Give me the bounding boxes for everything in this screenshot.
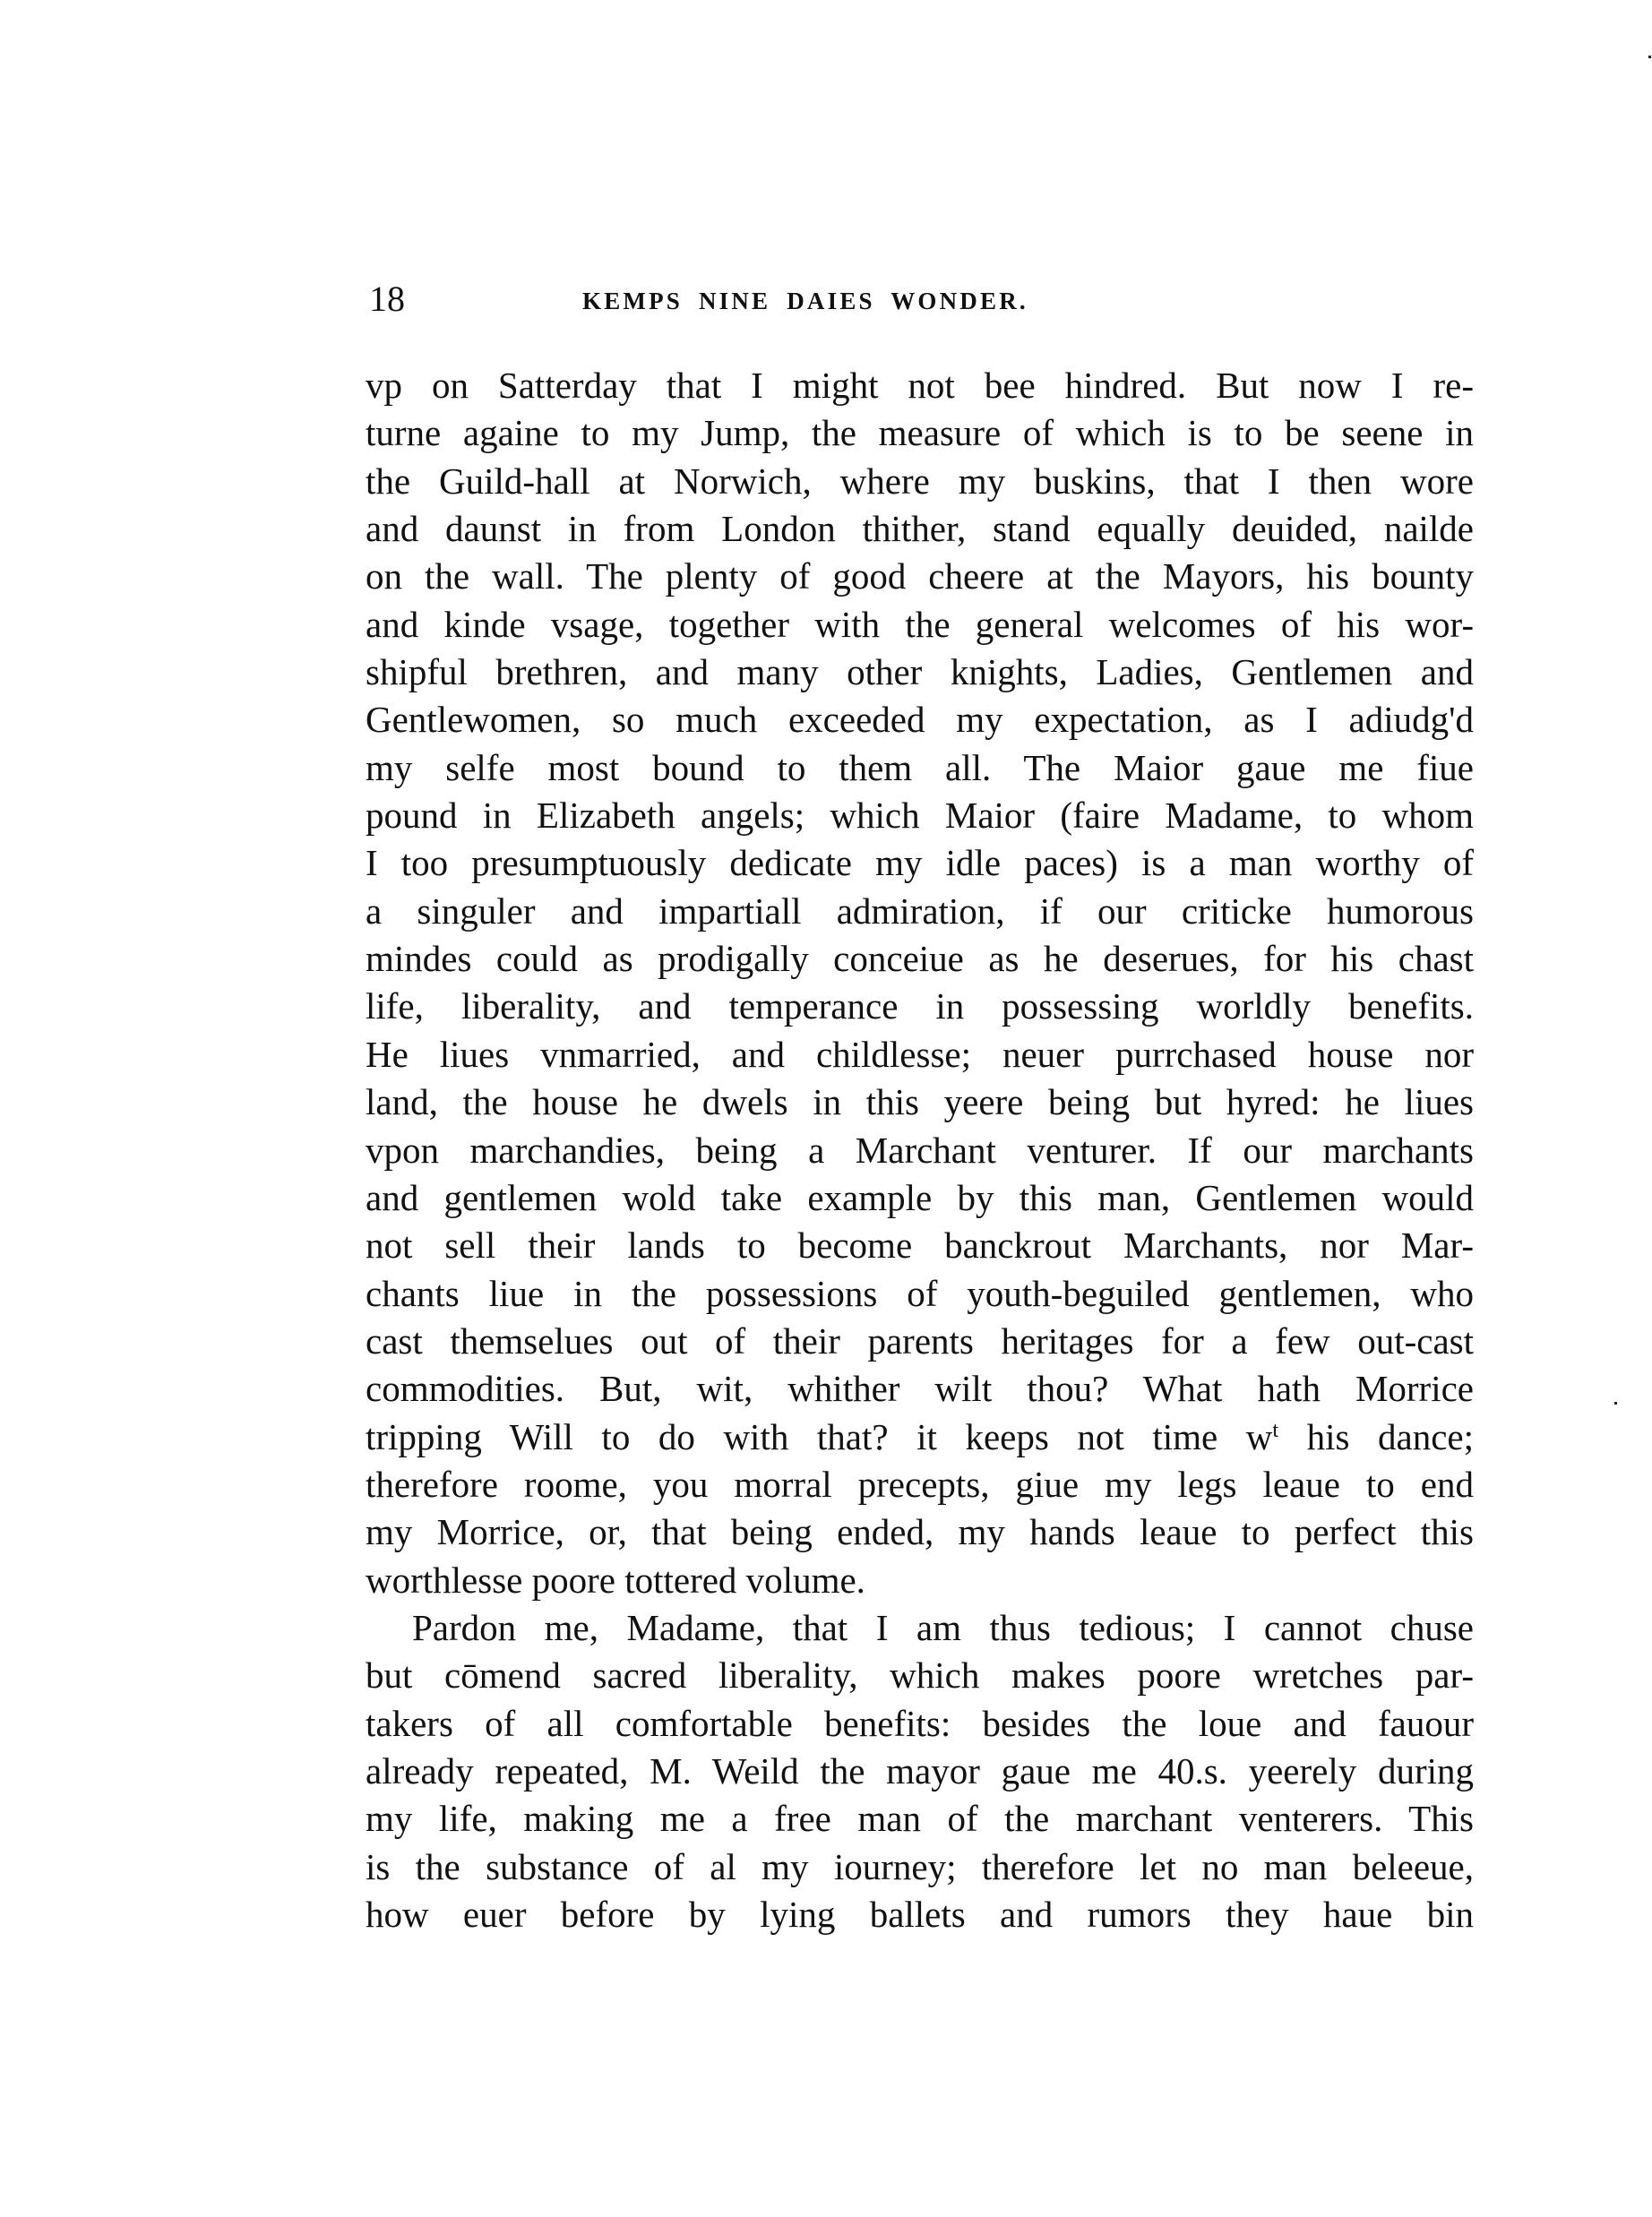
text-line: chants liue in the possessions of youth-… — [366, 1270, 1474, 1318]
text-line: takers of all comfortable benefits: besi… — [366, 1700, 1474, 1748]
text-line: and kinde vsage, together with the gener… — [366, 601, 1474, 649]
text-line: my life, making me a free man of the mar… — [366, 1795, 1474, 1843]
text-line: my Morrice, or, that being ended, my han… — [366, 1508, 1474, 1556]
text-line: already repeated, M. Weild the mayor gau… — [366, 1748, 1474, 1795]
text-line: but cōmend sacred liberality, which make… — [366, 1652, 1474, 1699]
body-text: vp on Satterday that I might not bee hin… — [366, 362, 1474, 1938]
text-line: Pardon me, Madame, that I am thus tediou… — [366, 1604, 1474, 1652]
text-line: my selfe most bound to them all. The Mai… — [366, 744, 1474, 792]
text-line: mindes could as prodigally conceiue as h… — [366, 935, 1474, 983]
text-line: commodities. But, wit, whither wilt thou… — [366, 1365, 1474, 1413]
page-number: 18 — [369, 279, 405, 319]
text-line: therefore roome, you morral precepts, gi… — [366, 1461, 1474, 1508]
text-line: not sell their lands to become banckrout… — [366, 1222, 1474, 1269]
text-line: how euer before by lying ballets and rum… — [366, 1891, 1474, 1938]
superscript-abbreviation: t — [1272, 1419, 1278, 1442]
text-line: worthlesse poore tottered volume. — [366, 1557, 1474, 1604]
text-line: the Guild-hall at Norwich, where my busk… — [366, 458, 1474, 505]
text-line: pound in Elizabeth angels; which Maior (… — [366, 792, 1474, 839]
text-line: shipful brethren, and many other knights… — [366, 649, 1474, 696]
paragraph-1: vp on Satterday that I might not bee hin… — [366, 362, 1474, 1604]
text-line: Gentlewomen, so much exceeded my expecta… — [366, 696, 1474, 743]
scan-speck — [1614, 1402, 1617, 1405]
text-line: vpon marchandies, being a Marchant ventu… — [366, 1127, 1474, 1174]
text-line: is the substance of al my iourney; there… — [366, 1843, 1474, 1891]
text-line: He liues vnmarried, and childlesse; neue… — [366, 1031, 1474, 1078]
paragraph-2: Pardon me, Madame, that I am thus tediou… — [366, 1604, 1474, 1938]
scan-speck — [1648, 56, 1651, 58]
text-line: life, liberality, and temperance in poss… — [366, 983, 1474, 1030]
text-line: I too presumptuously dedicate my idle pa… — [366, 839, 1474, 887]
running-title: KEMPS NINE DAIES WONDER. — [582, 285, 1028, 317]
text-line: a singuler and impartiall admiration, if… — [366, 888, 1474, 935]
text-line: land, the house he dwels in this yeere b… — [366, 1078, 1474, 1126]
text-line: on the wall. The plenty of good cheere a… — [366, 553, 1474, 600]
text-line: and gentlemen wold take example by this … — [366, 1174, 1474, 1222]
text-line-with-superscript: tripping Will to do with that? it keeps … — [366, 1414, 1474, 1461]
text-line: vp on Satterday that I might not bee hin… — [366, 362, 1474, 409]
text-line: cast themselues out of their parents her… — [366, 1318, 1474, 1365]
text-line: and daunst in from London thither, stand… — [366, 505, 1474, 553]
book-page: 18 KEMPS NINE DAIES WONDER. vp on Satter… — [0, 0, 1652, 2217]
text-line: turne againe to my Jump, the measure of … — [366, 409, 1474, 457]
running-head: 18 KEMPS NINE DAIES WONDER. — [366, 279, 1474, 319]
